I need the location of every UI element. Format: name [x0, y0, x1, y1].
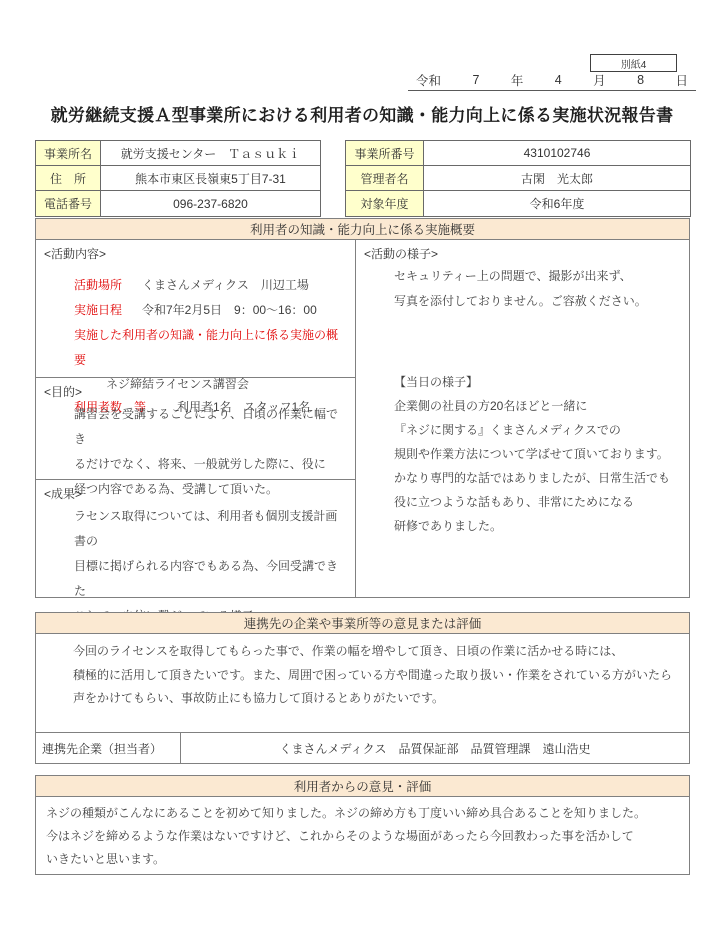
purpose-cell: <目的> 講習会を受講することにより、日頃の作業に幅でき るだけでなく、将来、一…	[36, 378, 355, 480]
user-feedback-section: 利用者からの意見・評価 ネジの種類がこんなにあることを初めて知りました。ネジの締…	[35, 775, 690, 875]
partner-section: 連携先の企業や事業所等の意見または評価 今回のライセンスを取得してもらった事で、…	[35, 612, 690, 764]
office-number-value: 4310102746	[424, 141, 690, 165]
result-cell: <成果> ラセンス取得については、利用者も個別支援計画書の 目標に掲げられる内容…	[36, 480, 355, 634]
day-heading: 【当日の様子】	[394, 370, 681, 394]
activity-place-row: 活動場所 くまさんメディクス 川辺工場	[74, 273, 347, 298]
appearance-note-line: 写真を添付しておりません。ご容赦ください。	[394, 289, 681, 314]
overview-left-column: <活動内容> 活動場所 くまさんメディクス 川辺工場 実施日程 令和7年2月5日…	[36, 240, 356, 597]
table-row: 事業所名 就労支援センター Ｔａｓｕｋｉ	[36, 141, 320, 166]
phone-value: 096-237-6820	[101, 191, 320, 216]
manager-value: 古閑 光太郎	[424, 166, 690, 190]
activity-place-label: 活動場所	[74, 273, 142, 298]
partner-line: 声をかけてもらい、事故防止にも協力して頂けるとありがたいです。	[73, 687, 679, 711]
partner-section-header: 連携先の企業や事業所等の意見または評価	[35, 612, 690, 634]
phone-label: 電話番号	[36, 191, 101, 216]
partner-company-label: 連携先企業（担当者）	[36, 733, 181, 763]
fiscal-year-label: 対象年度	[346, 191, 424, 216]
manager-label: 管理者名	[346, 166, 424, 190]
activity-cell: <活動内容> 活動場所 くまさんメディクス 川辺工場 実施日程 令和7年2月5日…	[36, 240, 355, 378]
appearance-heading: <活動の様子>	[364, 245, 681, 262]
office-number-table: 事業所番号 4310102746 管理者名 古閑 光太郎 対象年度 令和6年度	[345, 140, 691, 217]
partner-company-value: くまさんメディクス 品質保証部 品質管理課 遠山浩史	[181, 733, 689, 763]
purpose-heading: <目的>	[44, 383, 347, 400]
day-line: 規則や作業方法について学ばせて頂いております。	[394, 442, 681, 466]
table-row: 事業所番号 4310102746	[346, 141, 690, 166]
activity-place-value: くまさんメディクス 川辺工場	[142, 273, 309, 298]
partner-line: 今回のライセンスを取得してもらった事で、作業の幅を増やして頂き、日頃の作業に活か…	[73, 640, 679, 664]
partner-body: 今回のライセンスを取得してもらった事で、作業の幅を増やして頂き、日頃の作業に活か…	[35, 634, 690, 733]
date-day: 8	[637, 73, 644, 87]
office-number-label: 事業所番号	[346, 141, 424, 165]
date-month-unit: 月	[593, 71, 606, 89]
day-line: 研修でありました。	[394, 514, 681, 538]
result-line: ラセンス取得については、利用者も個別支援計画書の	[74, 504, 347, 554]
date-day-unit: 日	[675, 71, 688, 89]
table-row: 管理者名 古閑 光太郎	[346, 166, 690, 191]
fiscal-year-value: 令和6年度	[424, 191, 690, 216]
address-value: 熊本市東区長嶺東5丁目7-31	[101, 166, 320, 190]
activity-heading: <活動内容>	[44, 245, 347, 262]
activity-schedule-row: 実施日程 令和7年2月5日 9：00～16：00	[74, 298, 347, 323]
overview-section: 利用者の知識・能力向上に係る実施概要 <活動内容> 活動場所 くまさんメディクス…	[35, 218, 690, 598]
day-line: かなり専門的な話ではありましたが、日常生活でも	[394, 466, 681, 490]
page-title: 就労継続支援Ａ型事業所における利用者の知識・能力向上に係る実施状況報告書	[0, 101, 724, 126]
activity-schedule-label: 実施日程	[74, 298, 142, 323]
appearance-cell: <活動の様子> セキュリティー上の問題で、撮影が出来ず、 写真を添付しておりませ…	[356, 240, 689, 597]
date-era: 令和	[416, 71, 441, 89]
user-feedback-body: ネジの種類がこんなにあることを初めて知りました。ネジの締め方も丁度いい締め具合あ…	[35, 797, 690, 875]
overview-body: <活動内容> 活動場所 くまさんメディクス 川辺工場 実施日程 令和7年2月5日…	[35, 240, 690, 598]
purpose-line: 講習会を受講することにより、日頃の作業に幅でき	[74, 402, 347, 452]
activity-summary-label: 実施した利用者の知識・能力向上に係る実施の概要	[74, 323, 347, 373]
result-heading: <成果>	[44, 485, 347, 502]
report-page: 別紙4 令和 7 年 4 月 8 日 就労継続支援Ａ型事業所における利用者の知識…	[0, 0, 724, 951]
table-row: 住 所 熊本市東区長嶺東5丁目7-31	[36, 166, 320, 191]
purpose-line: るだけでなく、将来、一般就労した際に、役に	[74, 452, 347, 477]
date-year: 7	[472, 73, 479, 87]
date-month: 4	[555, 73, 562, 87]
user-feedback-header: 利用者からの意見・評価	[35, 775, 690, 797]
appearance-note-line: セキュリティー上の問題で、撮影が出来ず、	[394, 264, 681, 289]
office-name-label: 事業所名	[36, 141, 101, 165]
day-line: 企業側の社員の方20名ほどと一緒に	[394, 394, 681, 418]
office-name-value: 就労支援センター Ｔａｓｕｋｉ	[101, 141, 320, 165]
partner-company-row: 連携先企業（担当者） くまさんメディクス 品質保証部 品質管理課 遠山浩史	[35, 733, 690, 764]
table-row: 電話番号 096-237-6820	[36, 191, 320, 216]
user-feedback-line: 今はネジを締めるような作業はないですけど、これからそのような場面があったら今回教…	[46, 825, 681, 848]
user-feedback-line: ネジの種類がこんなにあることを初めて知りました。ネジの締め方も丁度いい締め具合あ…	[46, 802, 681, 825]
activity-schedule-value: 令和7年2月5日 9：00～16：00	[142, 298, 317, 323]
date-year-unit: 年	[511, 71, 524, 89]
partner-line: 積極的に活用して頂きたいです。また、周囲で困っている方や間違った取り扱い・作業を…	[73, 664, 679, 688]
address-label: 住 所	[36, 166, 101, 190]
table-row: 対象年度 令和6年度	[346, 191, 690, 216]
user-feedback-line: いきたいと思います。	[46, 848, 681, 871]
day-line: 役に立つような話もあり、非常にためになる	[394, 490, 681, 514]
date-row: 令和 7 年 4 月 8 日	[408, 70, 696, 91]
day-line: 『ネジに関する』くまさんメディクスでの	[394, 418, 681, 442]
result-line: 目標に掲げられる内容でもある為、今回受講できた	[74, 554, 347, 604]
office-info-table: 事業所名 就労支援センター Ｔａｓｕｋｉ 住 所 熊本市東区長嶺東5丁目7-31…	[35, 140, 321, 217]
overview-section-header: 利用者の知識・能力向上に係る実施概要	[35, 218, 690, 240]
